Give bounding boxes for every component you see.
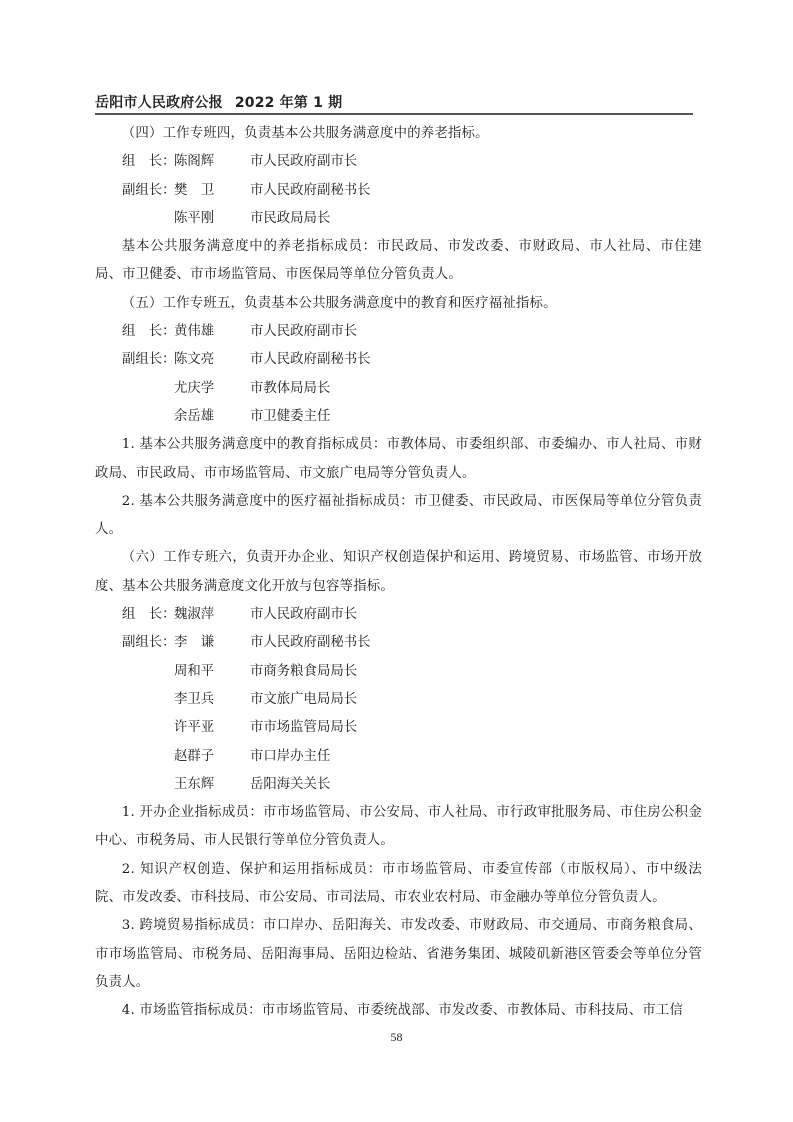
member-name: 尤庆学 <box>174 375 250 403</box>
member-row: 组 长： 陈阁辉 市人民政府副市长 <box>95 148 702 176</box>
member-role <box>95 205 174 233</box>
section-heading: （五）工作专班五，负责基本公共服务满意度中的教育和医疗福祉指标。 <box>95 290 702 318</box>
page-header: 岳阳市人民政府公报2022 年第 1 期 <box>95 92 693 112</box>
member-name: 陈阁辉 <box>174 148 250 176</box>
publication-title: 岳阳市人民政府公报 <box>95 95 223 111</box>
member-name: 李卫兵 <box>174 686 250 714</box>
member-title: 市教体局局长 <box>250 375 330 403</box>
member-title: 市人民政府副秘书长 <box>250 346 371 374</box>
paragraph: 1. 开办企业指标成员：市市场监管局、市公安局、市人社局、市行政审批服务局、市住… <box>95 799 702 856</box>
member-title: 市口岸办主任 <box>250 743 330 771</box>
member-name: 王东辉 <box>174 771 250 799</box>
member-name: 赵群子 <box>174 743 250 771</box>
paragraph: 3. 跨境贸易指标成员：市口岸办、岳阳海关、市发改委、市财政局、市交通局、市商务… <box>95 912 702 997</box>
member-name: 樊 卫 <box>174 177 250 205</box>
document-body: （四）工作专班四，负责基本公共服务满意度中的养老指标。 组 长： 陈阁辉 市人民… <box>95 120 702 1026</box>
header-rule <box>95 113 693 115</box>
member-title: 市人民政府副秘书长 <box>250 177 371 205</box>
member-title: 市卫健委主任 <box>250 403 330 431</box>
member-title: 市民政局局长 <box>250 205 330 233</box>
member-row: 赵群子 市口岸办主任 <box>95 743 702 771</box>
section-heading: （六）工作专班六，负责开办企业、知识产权创造保护和运用、跨境贸易、市场监管、市场… <box>95 544 702 601</box>
member-row: 组 长： 黄伟雄 市人民政府副市长 <box>95 318 702 346</box>
member-title: 岳阳海关关长 <box>250 771 330 799</box>
member-name: 李 谦 <box>174 629 250 657</box>
member-title: 市人民政府副市长 <box>250 318 357 346</box>
member-row: 组 长： 魏淑萍 市人民政府副市长 <box>95 601 702 629</box>
paragraph: 4. 市场监管指标成员：市市场监管局、市委统战部、市发改委、市教体局、市科技局、… <box>95 997 702 1025</box>
member-role <box>95 686 174 714</box>
member-row: 副组长： 樊 卫 市人民政府副秘书长 <box>95 177 702 205</box>
member-name: 周和平 <box>174 658 250 686</box>
member-title: 市文旅广电局局长 <box>250 686 357 714</box>
member-name: 余岳雄 <box>174 403 250 431</box>
member-role <box>95 771 174 799</box>
member-title: 市人民政府副市长 <box>250 148 357 176</box>
member-role <box>95 743 174 771</box>
member-name: 陈文亮 <box>174 346 250 374</box>
member-title: 市人民政府副市长 <box>250 601 357 629</box>
member-row: 许平亚 市市场监管局局长 <box>95 714 702 742</box>
member-role: 组 长： <box>95 318 174 346</box>
member-role: 组 长： <box>95 601 174 629</box>
member-row: 周和平 市商务粮食局局长 <box>95 658 702 686</box>
member-name: 魏淑萍 <box>174 601 250 629</box>
member-role <box>95 403 174 431</box>
member-name: 陈平刚 <box>174 205 250 233</box>
member-role <box>95 714 174 742</box>
member-role <box>95 375 174 403</box>
member-role: 副组长： <box>95 346 174 374</box>
member-role: 副组长： <box>95 629 174 657</box>
paragraph: 1. 基本公共服务满意度中的教育指标成员：市教体局、市委组织部、市委编办、市人社… <box>95 431 702 488</box>
paragraph: 2. 知识产权创造、保护和运用指标成员：市市场监管局、市委宣传部（市版权局）、市… <box>95 856 702 913</box>
member-row: 副组长： 陈文亮 市人民政府副秘书长 <box>95 346 702 374</box>
paragraph: 基本公共服务满意度中的养老指标成员：市民政局、市发改委、市财政局、市人社局、市住… <box>95 233 702 290</box>
member-title: 市商务粮食局局长 <box>250 658 357 686</box>
member-role <box>95 658 174 686</box>
member-row: 王东辉 岳阳海关关长 <box>95 771 702 799</box>
paragraph: 2. 基本公共服务满意度中的医疗福祉指标成员：市卫健委、市民政局、市医保局等单位… <box>95 488 702 545</box>
member-row: 陈平刚 市民政局局长 <box>95 205 702 233</box>
section-heading: （四）工作专班四，负责基本公共服务满意度中的养老指标。 <box>95 120 702 148</box>
member-row: 李卫兵 市文旅广电局局长 <box>95 686 702 714</box>
member-title: 市人民政府副秘书长 <box>250 629 371 657</box>
member-title: 市市场监管局局长 <box>250 714 357 742</box>
member-row: 尤庆学 市教体局局长 <box>95 375 702 403</box>
member-role: 副组长： <box>95 177 174 205</box>
member-name: 许平亚 <box>174 714 250 742</box>
page-number: 58 <box>0 1030 793 1045</box>
member-row: 余岳雄 市卫健委主任 <box>95 403 702 431</box>
member-role: 组 长： <box>95 148 174 176</box>
issue-number: 2022 年第 1 期 <box>235 95 343 111</box>
member-row: 副组长： 李 谦 市人民政府副秘书长 <box>95 629 702 657</box>
member-name: 黄伟雄 <box>174 318 250 346</box>
